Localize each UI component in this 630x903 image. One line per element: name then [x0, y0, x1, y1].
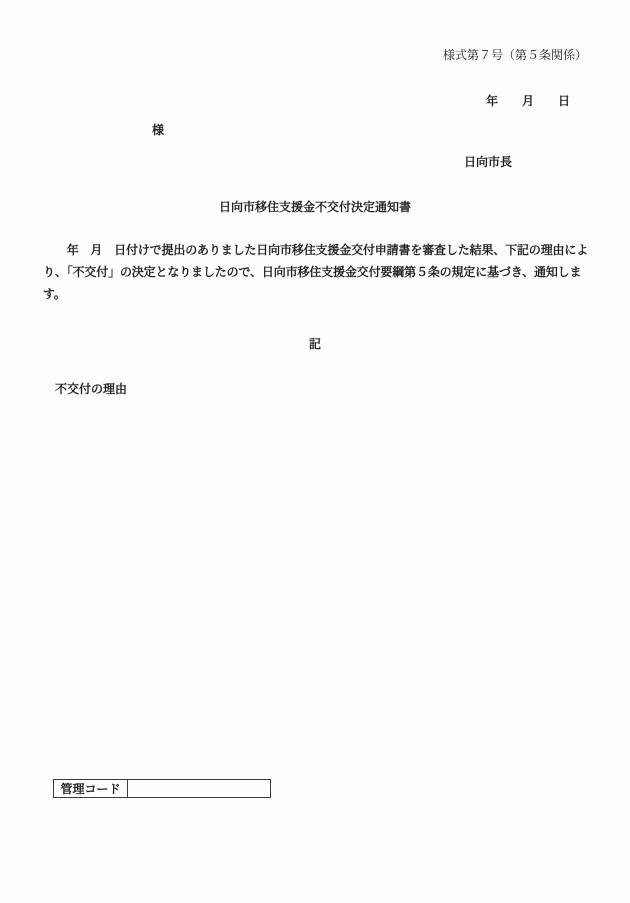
- management-code-table: 管理コード: [53, 779, 271, 798]
- management-code-row: 管理コード: [54, 780, 271, 798]
- management-code-value: [128, 780, 271, 798]
- record-marker: 記: [0, 335, 630, 352]
- body-line-2: り、「不交付」の決定となりましたので、日向市移住支援金交付要綱第５条の規定に基づ…: [43, 261, 589, 283]
- body-line-3: す。: [43, 283, 589, 305]
- sender-name: 日向市長: [464, 153, 512, 170]
- document-page: 様式第７号（第５条関係） 年 月 日 様 日向市長 日向市移住支援金不交付決定通…: [0, 0, 630, 903]
- date-line: 年 月 日: [486, 92, 570, 109]
- body-line-1: 年 月 日付けで提出のありました日向市移住支援金交付申請書を審査した結果、下記の…: [43, 239, 589, 261]
- body-paragraph: 年 月 日付けで提出のありました日向市移住支援金交付申請書を審査した結果、下記の…: [43, 239, 589, 305]
- document-title: 日向市移住支援金不交付決定通知書: [0, 198, 630, 215]
- management-code-label: 管理コード: [54, 780, 128, 798]
- recipient-honorific: 様: [152, 121, 164, 138]
- form-number: 様式第７号（第５条関係）: [443, 46, 587, 63]
- reason-label: 不交付の理由: [55, 380, 127, 397]
